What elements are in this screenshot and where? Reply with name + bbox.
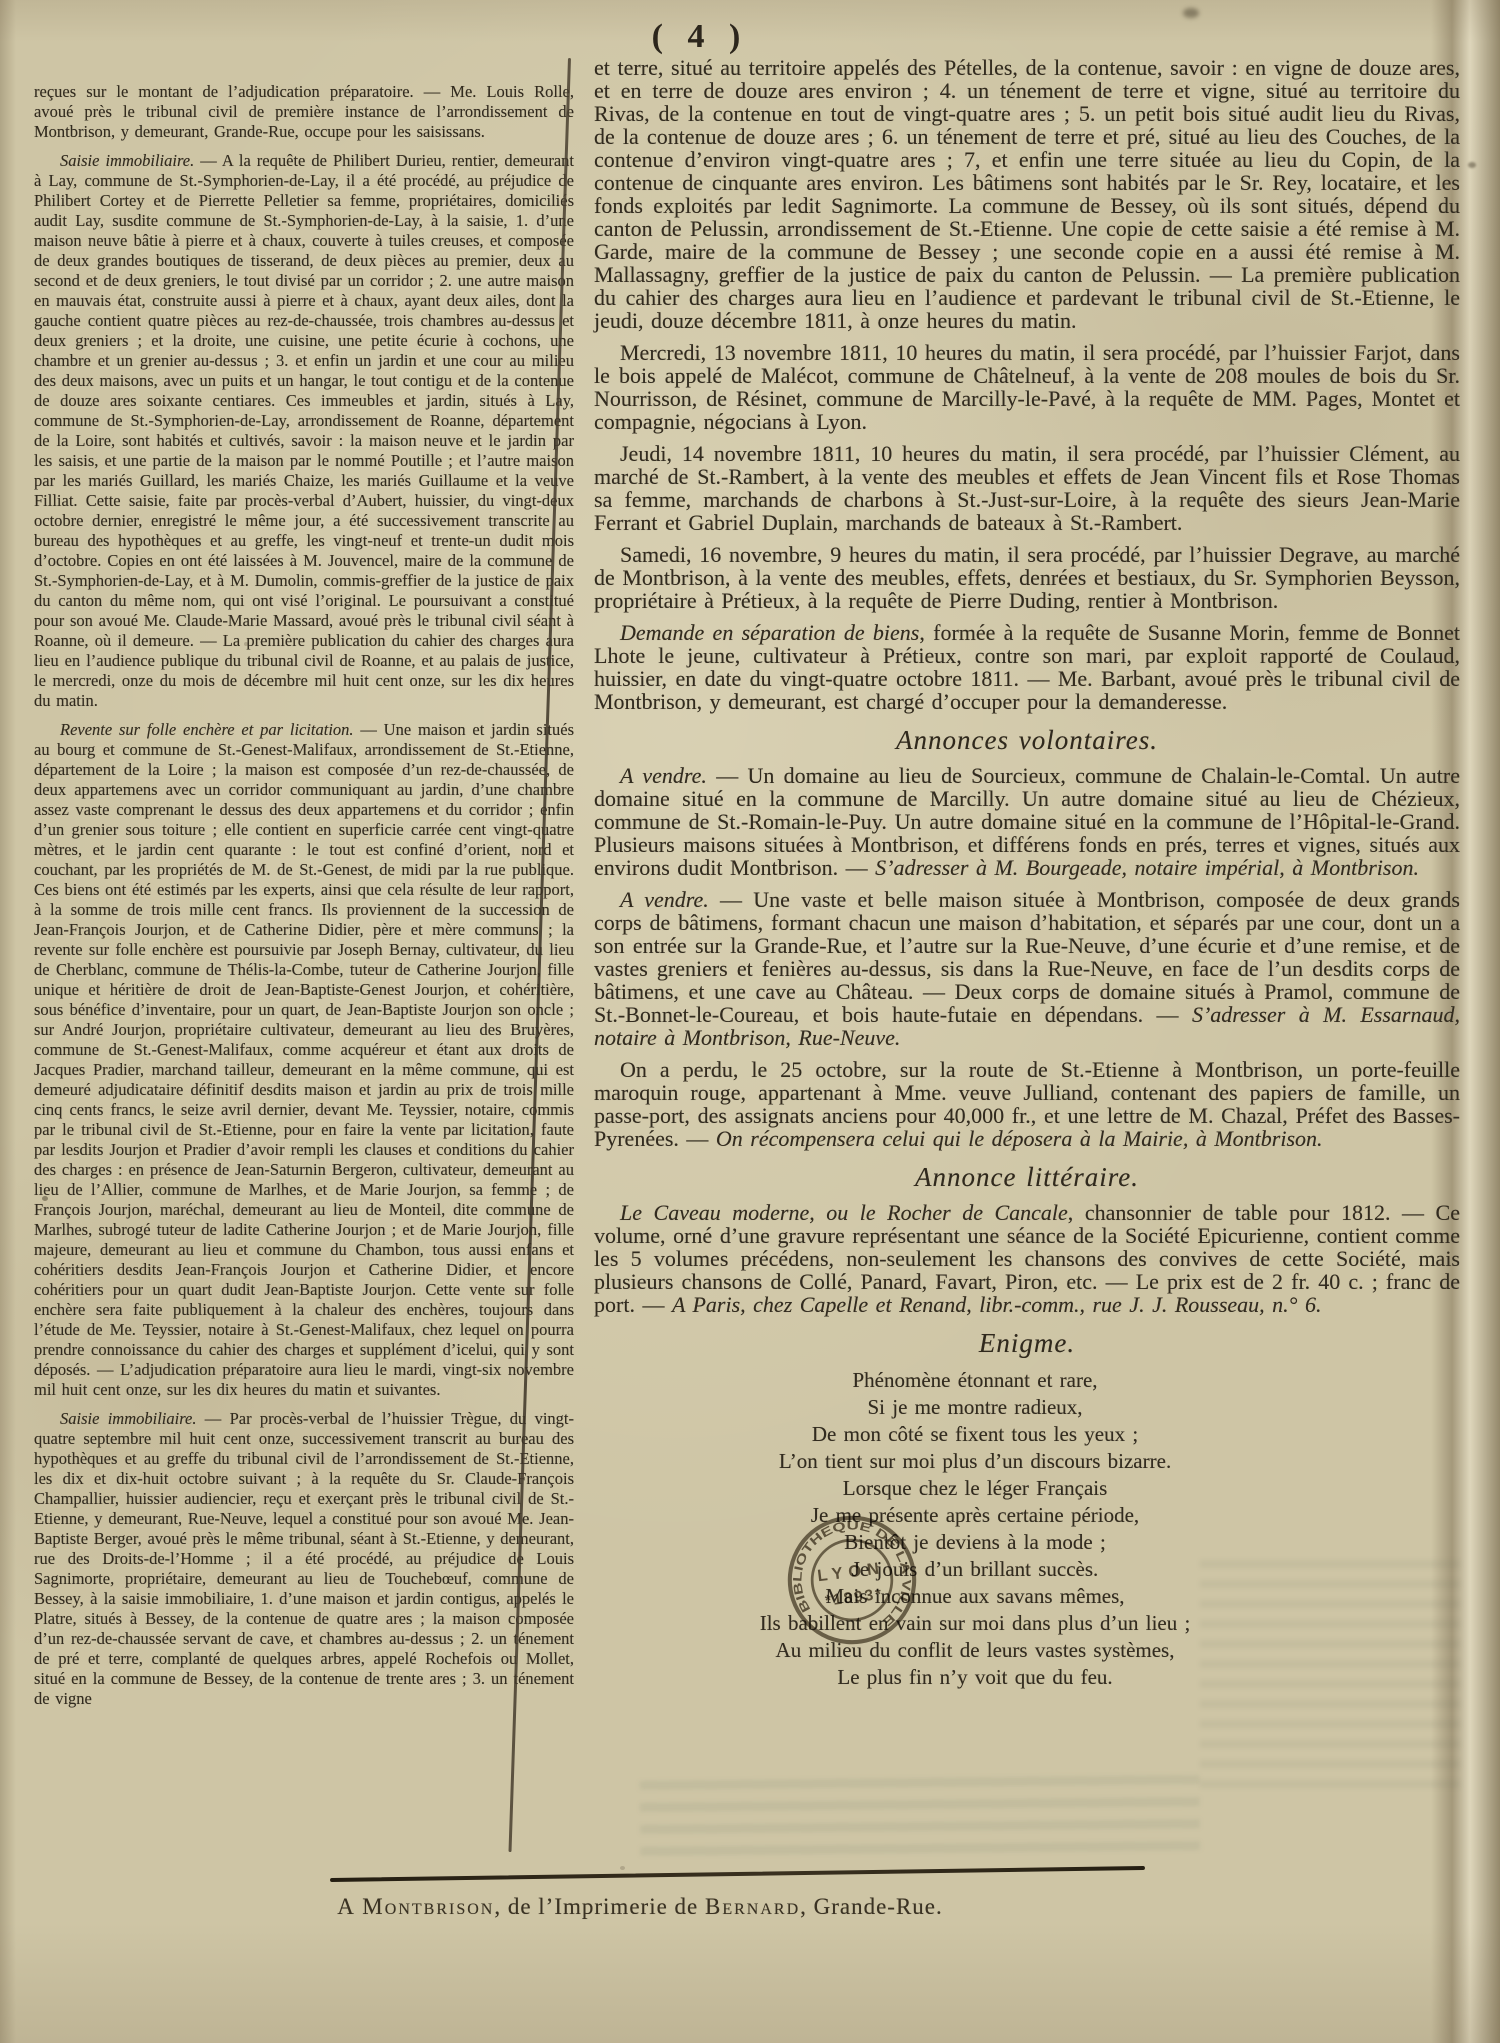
text-segment: — Par procès-verbal de l’huissier Trègue… xyxy=(34,1409,574,1708)
left-column: reçues sur le montant de l’adjudication … xyxy=(34,82,574,1718)
stamp-year-text: *1893* xyxy=(824,1586,884,1610)
section-heading: Enigme. xyxy=(594,1332,1460,1355)
verse-line: Mais inconnue aux savans mêmes, xyxy=(655,1583,1296,1610)
text-segment: S’adresser à M. Bourgeade, notaire impér… xyxy=(875,855,1419,880)
ink-speck xyxy=(78,1516,84,1521)
verse-line: Phénomène étonnant et rare, xyxy=(655,1367,1296,1394)
text-segment: On récompensera celui qui le déposera à … xyxy=(716,1126,1323,1151)
paragraph: On a perdu, le 25 octobre, sur la route … xyxy=(594,1058,1460,1150)
text-segment: reçues sur le montant de l’adjudication … xyxy=(34,82,574,141)
text-segment: Saisie immobiliaire. xyxy=(60,1409,196,1428)
text-segment: Jeudi, 14 novembre 1811, 10 heures du ma… xyxy=(594,441,1460,535)
paragraph: Demande en séparation de biens, formée à… xyxy=(594,621,1460,713)
scanned-newspaper-page: ( 4 ) reçues sur le montant de l’adjudic… xyxy=(0,0,1500,2043)
verse-line: De mon côté se fixent tous les yeux ; xyxy=(655,1421,1296,1448)
paragraph: Saisie immobiliaire. — Par procès-verbal… xyxy=(34,1409,574,1709)
verse-line: Le plus fin n’y voit que du feu. xyxy=(655,1664,1296,1691)
verse-line: Bientôt je deviens à la mode ; xyxy=(655,1529,1296,1556)
text-segment: et terre, situé au territoire appelés de… xyxy=(594,55,1460,333)
paragraph: A vendre. — Un domaine au lieu de Sourci… xyxy=(594,764,1460,879)
text-segment: — A la requête de Philibert Durieu, rent… xyxy=(34,151,574,710)
paragraph: Samedi, 16 novembre, 9 heures du matin, … xyxy=(594,543,1460,612)
text-segment: Samedi, 16 novembre, 9 heures du matin, … xyxy=(594,542,1460,613)
enigma-verse: Phénomène étonnant et rare,Si je me mont… xyxy=(655,1367,1296,1691)
text-segment: Demande en séparation de biens xyxy=(620,620,919,645)
section-heading: Annonce littéraire. xyxy=(594,1166,1460,1189)
paragraph: Revente sur folle enchère et par licitat… xyxy=(34,720,574,1400)
paragraph: Mercredi, 13 novembre 1811, 10 heures du… xyxy=(594,341,1460,433)
verse-line: L’on tient sur moi plus d’un discours bi… xyxy=(655,1448,1296,1475)
paragraph: Saisie immobiliaire. — A la requête de P… xyxy=(34,151,574,711)
ink-speck xyxy=(42,1196,48,1201)
verse-line: Je me présente après certaine période, xyxy=(655,1502,1296,1529)
library-stamp: BIBLIOTHEQUE DE LA VILLE LYON *1893* xyxy=(784,1512,920,1648)
text-segment: Mercredi, 13 novembre 1811, 10 heures du… xyxy=(594,340,1460,434)
footer-rule xyxy=(330,1866,1145,1882)
text-segment: Bernard xyxy=(705,1894,800,1919)
verse-line: Je jouis d’un brillant succès. xyxy=(655,1556,1296,1583)
verse-line: Au milieu du conflit de leurs vastes sys… xyxy=(655,1637,1296,1664)
text-segment: Saisie immobiliaire. xyxy=(60,151,194,170)
text-segment: — Une maison et jardin situés au bourg e… xyxy=(34,720,574,1399)
paragraph: et terre, situé au territoire appelés de… xyxy=(594,56,1460,332)
ink-speck xyxy=(1183,8,1199,18)
imprint-line: A Montbrison, de l’Imprimerie de Bernard… xyxy=(180,1894,1100,1920)
text-segment: , de l’Imprimerie de xyxy=(494,1894,705,1919)
text-segment: Le Caveau moderne, ou le Rocher de Canca… xyxy=(620,1200,1068,1225)
text-segment: A Paris, chez Capelle et Renand, libr.-c… xyxy=(672,1292,1322,1317)
paragraph: Le Caveau moderne, ou le Rocher de Canca… xyxy=(594,1201,1460,1316)
text-segment: , Grande-Rue. xyxy=(800,1894,943,1919)
verse-line: Si je me montre radieux, xyxy=(655,1394,1296,1421)
section-heading: Annonces volontaires. xyxy=(594,729,1460,752)
verse-line: Ils babillent en vain sur moi dans plus … xyxy=(655,1610,1296,1637)
paragraph: Jeudi, 14 novembre 1811, 10 heures du ma… xyxy=(594,442,1460,534)
stamp-city-text: LYON xyxy=(816,1559,885,1585)
page-number: ( 4 ) xyxy=(600,18,800,56)
ink-speck xyxy=(244,642,248,646)
ink-speck xyxy=(620,1866,625,1870)
text-segment: A vendre. xyxy=(620,887,709,912)
verso-ink-bleed xyxy=(640,1775,1201,1867)
right-column: et terre, situé au territoire appelés de… xyxy=(594,56,1460,1691)
text-segment: A Montbrison xyxy=(337,1894,494,1919)
paragraph: A vendre. — Une vaste et belle maison si… xyxy=(594,888,1460,1049)
ink-speck xyxy=(1468,162,1476,168)
verse-line: Lorsque chez le léger Français xyxy=(655,1475,1296,1502)
text-segment: A vendre. xyxy=(620,763,707,788)
paragraph: reçues sur le montant de l’adjudication … xyxy=(34,82,574,142)
text-segment: Revente sur folle enchère et par licitat… xyxy=(60,720,354,739)
